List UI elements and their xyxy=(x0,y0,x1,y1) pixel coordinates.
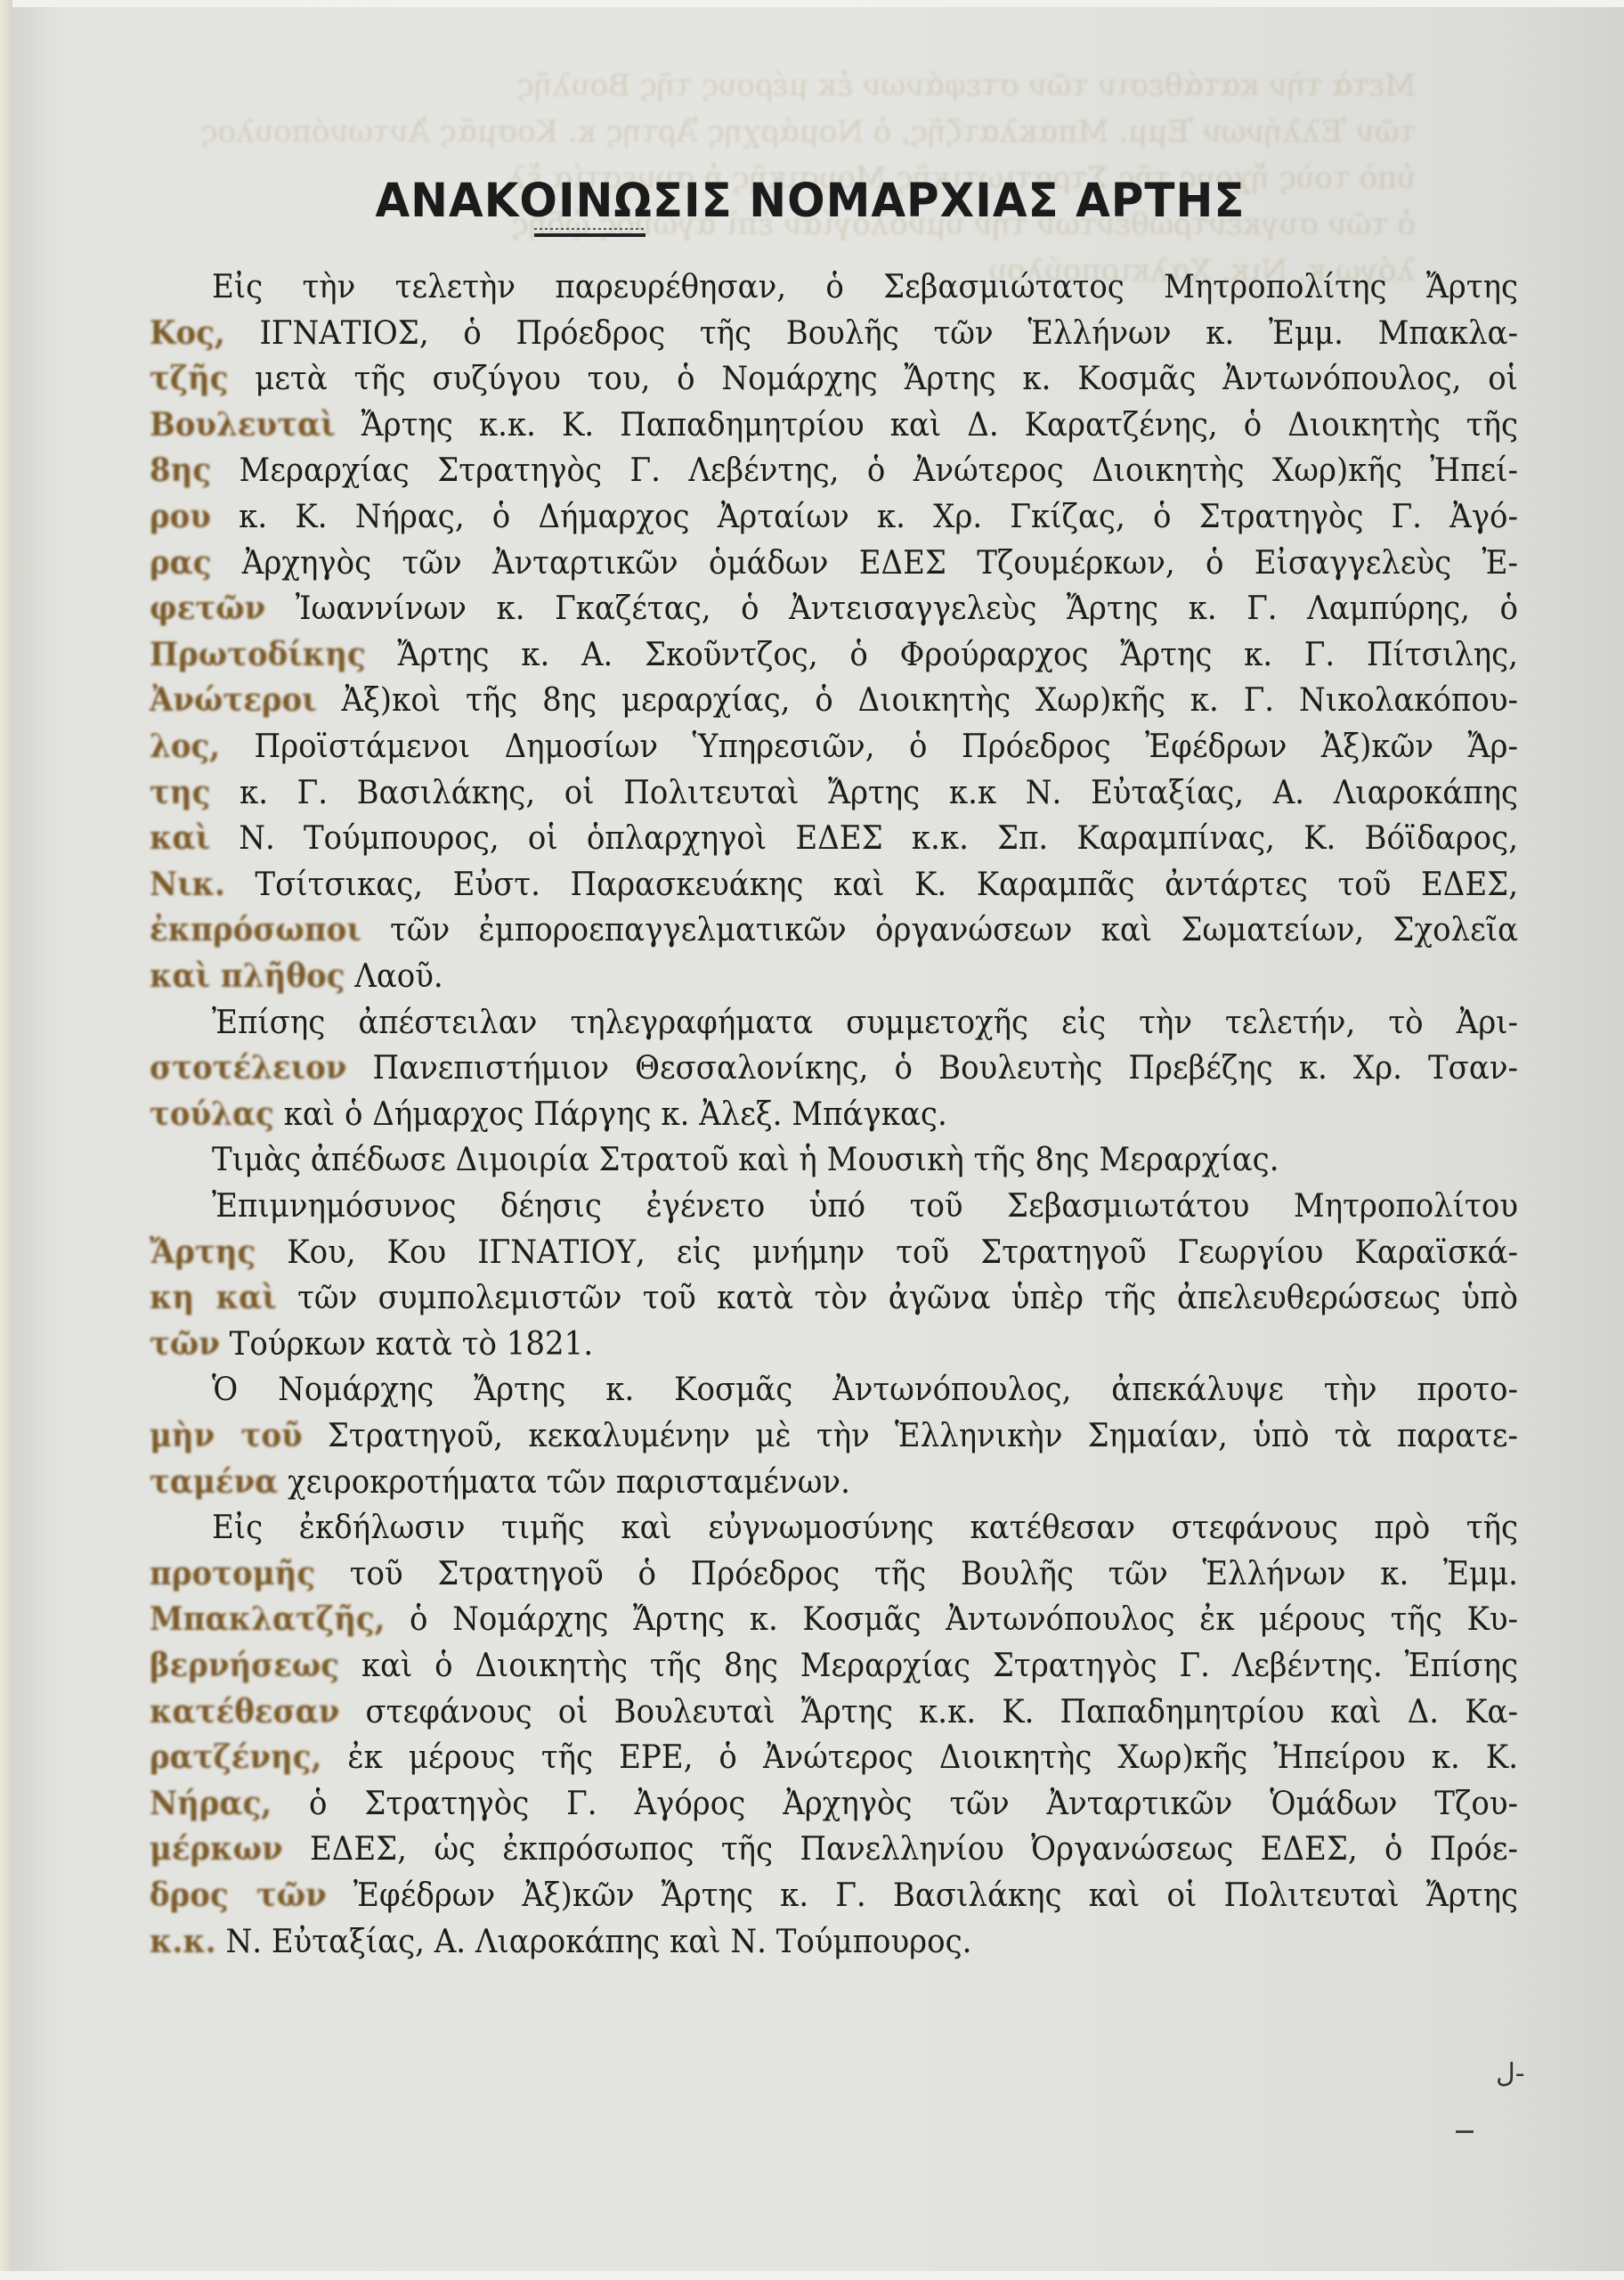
line-text: μετὰ τῆς συζύγου του, ὁ Νομάρχης Ἄρτης κ… xyxy=(255,360,1518,398)
faded-word: ρου xyxy=(150,497,211,535)
line-text: Πανεπιστήμιον Θεσσαλονίκης, ὁ Βουλευτὴς … xyxy=(373,1049,1519,1087)
faded-word: τῶν xyxy=(150,1324,220,1363)
line-text: καὶ ὁ Διοικητὴς τῆς 8ης Μεραρχίας Στρατη… xyxy=(361,1646,1518,1684)
line-text: ὁ Νομάρχης Ἄρτης κ. Κοσμᾶς Ἀντωνόπουλος … xyxy=(410,1600,1518,1639)
text-line: Πρωτοδίκης Ἄρτης κ. Α. Σκοῦντζος, ὁ Φρού… xyxy=(150,631,1518,678)
line-text: Τσίτσικας, Εὐστ. Παρασκευάκης καὶ Κ. Καρ… xyxy=(255,865,1518,903)
faded-word: κη καὶ xyxy=(150,1279,277,1317)
faded-word: βερνήσεως xyxy=(150,1646,339,1684)
line-text: Ἐφέδρων Ἀξ)κῶν Ἄρτης κ. Γ. Βασιλάκης καὶ… xyxy=(353,1876,1518,1914)
faded-word: ρατζένης, xyxy=(150,1738,321,1777)
text-line: κ.κ. Ν. Εὐταξίας, Α. Λιαροκάπης καὶ Ν. Τ… xyxy=(150,1918,1518,1965)
line-text: Τιμὰς ἀπέδωσε Διμοιρία Στρατοῦ καὶ ἡ Μου… xyxy=(212,1141,1279,1179)
line-text: Εἰς τὴν τελετὴν παρευρέθησαν, ὁ Σεβασμιώ… xyxy=(212,267,1518,305)
text-line: Ἐπίσης ἀπέστειλαν τηλεγραφήματα συμμετοχ… xyxy=(150,999,1518,1046)
line-text: Ἀξ)κοὶ τῆς 8ης μεραρχίας, ὁ Διοικητὴς Χω… xyxy=(342,681,1518,720)
corner-ink-dash xyxy=(1456,2130,1474,2133)
line-text: ΙΓΝΑΤΙΟΣ, ὁ Πρόεδρος τῆς Βουλῆς τῶν Ἑλλή… xyxy=(259,313,1518,352)
text-line: τζῆς μετὰ τῆς συζύγου του, ὁ Νομάρχης Ἄρ… xyxy=(150,355,1518,402)
line-text: Ἀρχηγὸς τῶν Ἀνταρτικῶν ὁμάδων ΕΔΕΣ Τζουμ… xyxy=(242,543,1518,582)
faded-word: τούλας xyxy=(150,1095,274,1133)
line-text: Μεραρχίας Στρατηγὸς Γ. Λεβέντης, ὁ Ἀνώτε… xyxy=(240,452,1518,490)
line-text: χειροκροτήματα τῶν παρισταμένων. xyxy=(288,1462,850,1501)
text-line: Νικ. Τσίτσικας, Εὐστ. Παρασκευάκης καὶ Κ… xyxy=(150,861,1518,908)
bleed-line: Μετὰ τὴν κατάθεσιν τῶν στεφάνων ἐκ μέρου… xyxy=(169,62,1416,109)
faded-word: φετῶν xyxy=(150,590,265,628)
line-text: Ν. Εὐταξίας, Α. Λιαροκάπης καὶ Ν. Τούμπο… xyxy=(225,1922,971,1960)
text-line: κη καὶ τῶν συμπολεμιστῶν τοῦ κατὰ τὸν ἀγ… xyxy=(150,1274,1518,1321)
text-line: ρατζένης, ἐκ μέρους τῆς ΕΡΕ, ὁ Ἀνώτερος … xyxy=(150,1734,1518,1780)
line-text: Εἰς ἐκδήλωσιν τιμῆς καὶ εὐγνωμοσύνης κατ… xyxy=(212,1509,1518,1547)
page-edge-top xyxy=(0,0,1624,7)
text-line: ἐκπρόσωποι τῶν ἐμποροεπαγγελματικῶν ὀργα… xyxy=(150,907,1518,953)
text-line: τούλας καὶ ὁ Δήμαρχος Πάργης κ. Ἀλεξ. Μπ… xyxy=(150,1091,1518,1137)
text-line: Εἰς ἐκδήλωσιν τιμῆς καὶ εὐγνωμοσύνης κατ… xyxy=(150,1504,1518,1551)
title-underline xyxy=(534,233,646,237)
text-line: Βουλευταὶ Ἄρτης κ.κ. Κ. Παπαδημητρίου κα… xyxy=(150,402,1518,448)
faded-word: της xyxy=(150,773,210,811)
line-text: Προϊστάμενοι Δημοσίων Ὑπηρεσιῶν, ὁ Πρόεδ… xyxy=(255,727,1518,765)
line-text: Ἄρτης κ.κ. Κ. Παπαδημητρίου καὶ Δ. Καρατ… xyxy=(361,405,1518,444)
faded-word: μὴν τοῦ xyxy=(150,1416,303,1454)
line-text: τῶν συμπολεμιστῶν τοῦ κατὰ τὸν ἀγῶνα ὑπὲ… xyxy=(297,1279,1518,1317)
faded-word: Πρωτοδίκης xyxy=(150,635,366,673)
faded-word: Κος, xyxy=(150,313,225,352)
faded-word: Ἄρτης xyxy=(150,1233,256,1271)
line-text: τοῦ Στρατηγοῦ ὁ Πρόεδρος τῆς Βουλῆς τῶν … xyxy=(350,1554,1518,1592)
corner-ink-mark: ل‑ xyxy=(1496,2068,1540,2080)
line-text: κ. Κ. Νήρας, ὁ Δήμαρχος Ἀρταίων κ. Χρ. Γ… xyxy=(239,497,1518,535)
title-underline-dots xyxy=(534,228,646,230)
text-line: Ὁ Νομάρχης Ἄρτης κ. Κοσμᾶς Ἀντωνόπουλος,… xyxy=(150,1366,1518,1413)
text-line: Ἀνώτεροι Ἀξ)κοὶ τῆς 8ης μεραρχίας, ὁ Διο… xyxy=(150,677,1518,723)
bleed-line: τῶν Ἑλλήνων Ἐμμ. Μπακλατζῆς, ὁ Νομάρχης … xyxy=(169,109,1416,155)
faded-word: στοτέλειον xyxy=(150,1049,346,1087)
line-text: στεφάνους οἱ Βουλευταὶ Ἄρτης κ.κ. Κ. Παπ… xyxy=(365,1692,1518,1730)
line-text: Ἄρτης κ. Α. Σκοῦντζος, ὁ Φρούραρχος Ἄρτη… xyxy=(397,635,1518,673)
line-text: καὶ ὁ Δήμαρχος Πάργης κ. Ἀλεξ. Μπάγκας. xyxy=(284,1095,947,1133)
faded-word: τζῆς xyxy=(150,360,228,398)
line-text: Ἰωαννίνων κ. Γκαζέτας, ὁ Ἀντεισαγγελεὺς … xyxy=(296,590,1518,628)
faded-word: λος, xyxy=(150,727,220,765)
text-line: βερνήσεως καὶ ὁ Διοικητὴς τῆς 8ης Μεραρχ… xyxy=(150,1642,1518,1689)
text-line: Ἐπιμνημόσυνος δέησις ἐγένετο ὑπό τοῦ Σεβ… xyxy=(150,1183,1518,1229)
text-line: καὶ πλῆθος Λαοῦ. xyxy=(150,953,1518,999)
text-line: προτομῆς τοῦ Στρατηγοῦ ὁ Πρόεδρος τῆς Βο… xyxy=(150,1551,1518,1597)
line-text: Ὁ Νομάρχης Ἄρτης κ. Κοσμᾶς Ἀντωνόπουλος,… xyxy=(212,1371,1518,1409)
faded-word: Μπακλατζῆς, xyxy=(150,1600,385,1639)
text-line: Εἰς τὴν τελετὴν παρευρέθησαν, ὁ Σεβασμιώ… xyxy=(150,264,1518,310)
text-line: στοτέλειον Πανεπιστήμιον Θεσσαλονίκης, ὁ… xyxy=(150,1045,1518,1091)
text-line: καὶ Ν. Τούμπουρος, οἱ ὁπλαρχηγοὶ ΕΔΕΣ κ.… xyxy=(150,815,1518,861)
faded-word: μέρκων xyxy=(150,1830,283,1869)
line-text: ἐκ μέρους τῆς ΕΡΕ, ὁ Ἀνώτερος Διοικητὴς … xyxy=(347,1738,1518,1777)
page-edge-bottom xyxy=(0,2271,1624,2280)
faded-word: Νήρας, xyxy=(150,1784,272,1822)
text-line: της κ. Γ. Βασιλάκης, οἱ Πολιτευταὶ Ἄρτης… xyxy=(150,769,1518,816)
faded-word: Νικ. xyxy=(150,865,225,903)
faded-word: 8ης xyxy=(150,452,211,490)
text-line: τῶν Τούρκων κατὰ τὸ 1821. xyxy=(150,1321,1518,1367)
line-text: Κου, Κου ΙΓΝΑΤΙΟΥ, εἰς μνήμην τοῦ Στρατη… xyxy=(287,1233,1518,1271)
faded-word: ρας xyxy=(150,543,211,582)
page-edge-left xyxy=(0,0,12,2280)
text-line: Τιμὰς ἀπέδωσε Διμοιρία Στρατοῦ καὶ ἡ Μου… xyxy=(150,1136,1518,1183)
text-line: Κος, ΙΓΝΑΤΙΟΣ, ὁ Πρόεδρος τῆς Βουλῆς τῶν… xyxy=(150,310,1518,356)
faded-word: κ.κ. xyxy=(150,1922,216,1960)
line-text: Στρατηγοῦ, κεκαλυμένην μὲ τὴν Ἑλληνικὴν … xyxy=(328,1416,1518,1454)
faded-word: δρος τῶν xyxy=(150,1876,327,1914)
scanned-page: Μετὰ τὴν κατάθεσιν τῶν στεφάνων ἐκ μέρου… xyxy=(0,0,1624,2280)
text-line: ρας Ἀρχηγὸς τῶν Ἀνταρτικῶν ὁμάδων ΕΔΕΣ Τ… xyxy=(150,540,1518,586)
faded-word: Ἀνώτεροι xyxy=(150,681,317,720)
text-line: δρος τῶν Ἐφέδρων Ἀξ)κῶν Ἄρτης κ. Γ. Βασι… xyxy=(150,1872,1518,1918)
faded-word: Βουλευταὶ xyxy=(150,405,336,444)
text-line: Ἄρτης Κου, Κου ΙΓΝΑΤΙΟΥ, εἰς μνήμην τοῦ … xyxy=(150,1229,1518,1275)
text-line: μὴν τοῦ Στρατηγοῦ, κεκαλυμένην μὲ τὴν Ἑλ… xyxy=(150,1413,1518,1459)
line-text: τῶν ἐμποροεπαγγελματικῶν ὀργανώσεων καὶ … xyxy=(390,911,1518,949)
faded-word: καὶ πλῆθος xyxy=(150,957,345,995)
faded-word: καὶ xyxy=(150,819,210,858)
text-line: Μπακλατζῆς, ὁ Νομάρχης Ἄρτης κ. Κοσμᾶς Ἀ… xyxy=(150,1596,1518,1642)
line-text: Ἐπιμνημόσυνος δέησις ἐγένετο ὑπό τοῦ Σεβ… xyxy=(212,1186,1518,1225)
text-line: μέρκων ΕΔΕΣ, ὡς ἐκπρόσωπος τῆς Πανελληνί… xyxy=(150,1826,1518,1872)
line-text: κ. Γ. Βασιλάκης, οἱ Πολιτευταὶ Ἄρτης κ.κ… xyxy=(240,773,1518,811)
line-text: Τούρκων κατὰ τὸ 1821. xyxy=(230,1324,593,1363)
line-text: Λαοῦ. xyxy=(354,957,443,995)
line-text: Ἐπίσης ἀπέστειλαν τηλεγραφήματα συμμετοχ… xyxy=(212,1003,1518,1041)
text-line: ταμένα χειροκροτήματα τῶν παρισταμένων. xyxy=(150,1459,1518,1505)
text-line: φετῶν Ἰωαννίνων κ. Γκαζέτας, ὁ Ἀντεισαγγ… xyxy=(150,585,1518,631)
line-text: ΕΔΕΣ, ὡς ἐκπρόσωπος τῆς Πανελληνίου Ὀργα… xyxy=(310,1830,1518,1869)
faded-word: ἐκπρόσωποι xyxy=(150,911,361,949)
faded-word: κατέθεσαν xyxy=(150,1692,339,1730)
text-line: Νήρας, ὁ Στρατηγὸς Γ. Ἀγόρος Ἀρχηγὸς τῶν… xyxy=(150,1780,1518,1827)
page-title: ΑΝΑΚΟΙΝΩΣΙΣ ΝΟΜΑΡΧΙΑΣ ΑΡΤΗΣ xyxy=(374,174,1246,228)
text-line: λος, Προϊστάμενοι Δημοσίων Ὑπηρεσιῶν, ὁ … xyxy=(150,723,1518,769)
text-line: 8ης Μεραρχίας Στρατηγὸς Γ. Λεβέντης, ὁ Ἀ… xyxy=(150,447,1518,493)
line-text: ὁ Στρατηγὸς Γ. Ἀγόρος Ἀρχηγὸς τῶν Ἀνταρτ… xyxy=(309,1784,1518,1822)
text-line: ρου κ. Κ. Νήρας, ὁ Δήμαρχος Ἀρταίων κ. Χ… xyxy=(150,493,1518,540)
faded-word: ταμένα xyxy=(150,1462,278,1501)
faded-word: προτομῆς xyxy=(150,1554,315,1592)
line-text: Ν. Τούμπουρος, οἱ ὁπλαρχηγοὶ ΕΔΕΣ κ.κ. Σ… xyxy=(239,819,1518,858)
text-line: κατέθεσαν στεφάνους οἱ Βουλευταὶ Ἄρτης κ… xyxy=(150,1689,1518,1735)
